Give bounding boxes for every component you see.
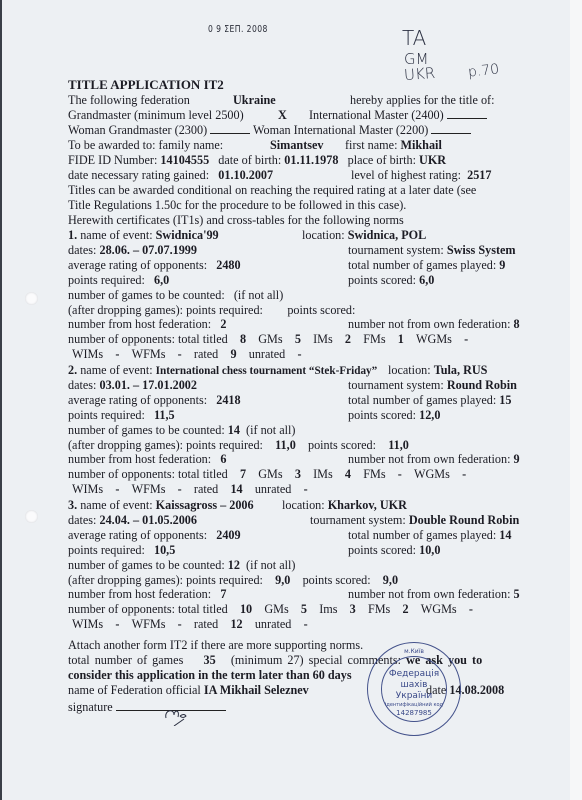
received-date-stamp: 0 9 ΣΕΠ. 2008 bbox=[208, 24, 268, 35]
norm-points-required: points required: 10,5 bbox=[68, 543, 175, 557]
norm-event-name: 2. name of event: International chess to… bbox=[68, 363, 377, 378]
norm-after-dropping: (after dropping games): points required:… bbox=[68, 303, 365, 317]
conditional-note: Titles can be awarded conditional on rea… bbox=[68, 183, 476, 197]
norm-dates: dates: 24.04. – 01.05.2006 bbox=[68, 513, 197, 527]
punch-hole bbox=[25, 292, 38, 305]
norm-opponents-titled: number of opponents: total titled 7 GMs … bbox=[68, 467, 466, 481]
norm-games-counted: number of games to be counted: 12 (if no… bbox=[68, 558, 295, 572]
norm-host-federation: number from host federation: 7 bbox=[68, 587, 226, 601]
official-row: name of Federation official IA Mikhail S… bbox=[68, 683, 309, 697]
norm-opponents-rated: WIMs - WFMs - rated 12 unrated - bbox=[72, 617, 308, 631]
norm-opponents-rated: WIMs - WFMs - rated 9 unrated - bbox=[72, 347, 302, 361]
norm-games-counted: number of games to be counted: 14 (if no… bbox=[68, 423, 295, 437]
attach-note: Attach another form IT2 if there are mor… bbox=[68, 638, 363, 652]
highest-rating-row: level of highest rating: 2517 bbox=[351, 168, 491, 182]
norm-opponents-titled: number of opponents: total titled 8 GMs … bbox=[68, 332, 468, 346]
norm-points-scored: points scored: 6,0 bbox=[348, 273, 434, 287]
norm-after-dropping: (after dropping games): points required:… bbox=[68, 438, 409, 452]
norm-host-federation: number from host federation: 6 bbox=[68, 452, 226, 466]
norm-location: location: Tula, RUS bbox=[388, 363, 487, 377]
punch-hole bbox=[25, 510, 38, 523]
norm-opponents-titled: number of opponents: total titled 10 GMs… bbox=[68, 602, 473, 616]
woman-titles-row: Woman Grandmaster (2300) Woman Internati… bbox=[68, 123, 471, 137]
federation-seal: м.Київ Федерація шахів України ідентифік… bbox=[367, 642, 461, 736]
special-comment: consider this application in the term la… bbox=[68, 668, 352, 682]
herewith-note: Herewith certificates (IT1s) and cross-t… bbox=[68, 213, 404, 227]
gm-checkmark: X bbox=[278, 108, 287, 122]
norm-dates: dates: 03.01. – 17.01.2002 bbox=[68, 378, 197, 392]
norm-games-counted: number of games to be counted: (if not a… bbox=[68, 288, 283, 302]
norm-location: location: Swidnica, POL bbox=[302, 228, 426, 242]
first-name-row: first name: Mikhail bbox=[345, 138, 442, 152]
norm-not-own-federation: number not from own federation: 8 bbox=[348, 317, 520, 331]
gm-title-label: Grandmaster (minimum level 2500) bbox=[68, 108, 244, 122]
im-title-row: International Master (2400) bbox=[309, 108, 487, 122]
norm-not-own-federation: number not from own federation: 9 bbox=[348, 452, 520, 466]
norm-points-required: points required: 11,5 bbox=[68, 408, 175, 422]
norm-avg-rating: average rating of opponents: 2480 bbox=[68, 258, 241, 272]
norm-after-dropping: (after dropping games): points required:… bbox=[68, 573, 398, 587]
norm-event-name: 3. name of event: Kaissagross – 2006 bbox=[68, 498, 254, 512]
federation-value: Ukraine bbox=[233, 93, 276, 107]
label: The following federation bbox=[68, 93, 190, 107]
norm-avg-rating: average rating of opponents: 2418 bbox=[68, 393, 241, 407]
norm-games-played: total number of games played: 9 bbox=[348, 258, 505, 272]
conditional-note: Title Regulations 1.50c for the procedur… bbox=[68, 198, 406, 212]
norm-host-federation: number from host federation: 2 bbox=[68, 317, 226, 331]
norm-avg-rating: average rating of opponents: 2409 bbox=[68, 528, 241, 542]
form-title: TITLE APPLICATION IT2 bbox=[68, 78, 224, 92]
rating-date-row: date necessary rating gained: 01.10.2007 bbox=[68, 168, 273, 182]
handwritten-note: UKR bbox=[403, 64, 435, 84]
scanned-document-page: 0 9 ΣΕΠ. 2008 TA GM UKR p.70 TITLE APPLI… bbox=[0, 0, 582, 800]
awarded-label: To be awarded to: family name: bbox=[68, 138, 223, 152]
applies-label: hereby applies for the title of: bbox=[350, 93, 495, 107]
handwritten-note: TA bbox=[402, 26, 426, 50]
norm-points-scored: points scored: 10,0 bbox=[348, 543, 440, 557]
norm-not-own-federation: number not from own federation: 5 bbox=[348, 587, 520, 601]
norm-points-required: points required: 6,0 bbox=[68, 273, 169, 287]
norm-dates: dates: 28.06. – 07.07.1999 bbox=[68, 243, 197, 257]
norm-system: tournament system: Round Robin bbox=[348, 378, 517, 392]
norm-system: tournament system: Double Round Robin bbox=[310, 513, 519, 527]
fide-id-row: FIDE ID Number: 14104555 date of birth: … bbox=[68, 153, 446, 167]
norm-games-played: total number of games played: 15 bbox=[348, 393, 511, 407]
federation-row: The following federation bbox=[68, 93, 190, 107]
norm-system: tournament system: Swiss System bbox=[348, 243, 516, 257]
norm-location: location: Kharkov, UKR bbox=[282, 498, 407, 512]
family-name: Simantsev bbox=[270, 138, 324, 152]
norm-opponents-rated: WIMs - WFMs - rated 14 unrated - bbox=[72, 482, 308, 496]
signature-scribble bbox=[160, 706, 204, 726]
norm-points-scored: points scored: 12,0 bbox=[348, 408, 440, 422]
handwritten-note: p.70 bbox=[467, 61, 500, 80]
norm-games-played: total number of games played: 14 bbox=[348, 528, 511, 542]
norm-event-name: 1. name of event: Swidnica'99 bbox=[68, 228, 219, 242]
